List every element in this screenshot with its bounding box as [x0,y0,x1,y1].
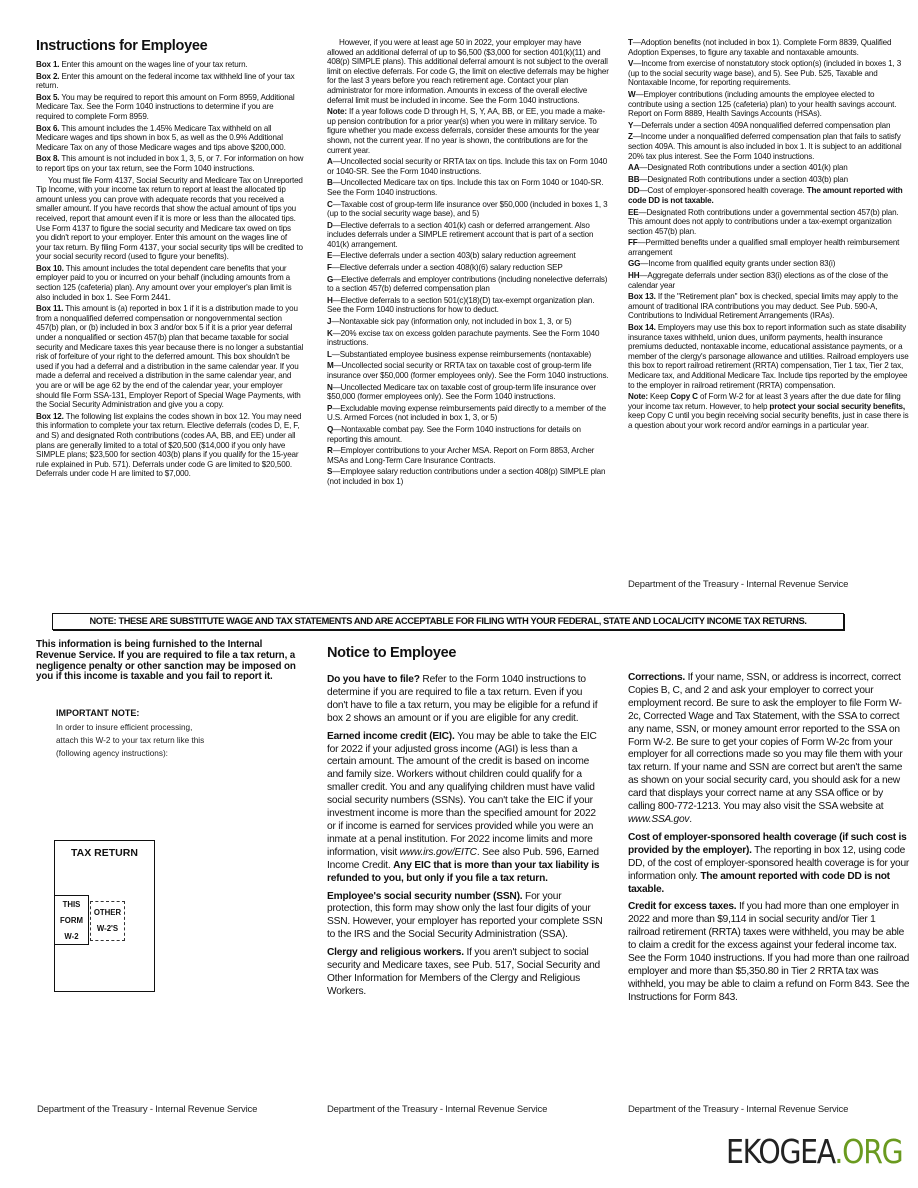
notice-clergy-paragraph: Clergy and religious workers. If you are… [327,947,605,999]
instruction-label: GG [628,259,640,268]
instruction-label: DD [628,186,639,195]
instruction-item: Q—Nontaxable combat pay. See the Form 10… [327,425,609,444]
instruction-item: N—Uncollected Medicare tax on taxable co… [327,383,609,402]
important-note-title: IMPORTANT NOTE: [56,708,276,718]
instruction-text: —Uncollected Medicare tax on taxable cos… [327,383,596,402]
instruction-item: Box 8. This amount is not included in bo… [36,154,304,173]
instruction-item: GG—Income from qualified equity grants u… [628,259,910,269]
instruction-item: V—Income from exercise of nonstatutory s… [628,59,910,88]
instructions-column-2: However, if you were at least age 50 in … [327,38,609,489]
instruction-item: Box 6. This amount includes the 1.45% Me… [36,124,304,153]
notice-continued: Corrections. If your name, SSN, or addre… [628,672,910,1010]
instruction-text: —Uncollected Medicare tax on tips. Inclu… [327,178,603,197]
instruction-text: Enter this amount on the federal income … [36,72,295,91]
instruction-text: If a year follows code D through H, S, Y… [327,107,605,154]
instruction-item: J—Nontaxable sick pay (information only,… [327,317,609,327]
instruction-item: B—Uncollected Medicare tax on tips. Incl… [327,178,609,197]
instruction-text: —Employer contributions (including amoun… [628,90,896,118]
instruction-label: Box 14. [628,323,656,332]
instruction-text: Enter this amount on the wages line of y… [59,60,247,69]
instructions-col1-list: Box 1. Enter this amount on the wages li… [36,60,304,479]
irs-warning: This information is being furnished to t… [36,640,301,683]
notice-eic-paragraph: Earned income credit (EIC). You may be a… [327,731,605,886]
instruction-label: HH [628,271,639,280]
eitc-link[interactable]: www.irs.gov/EITC [400,847,477,858]
instruction-text: —Elective deferrals to a section 501(c)(… [327,296,594,315]
instruction-text: —Uncollected social security or RRTA tax… [327,361,608,380]
instruction-text: The following list explains the codes sh… [36,412,301,479]
notice-ssn-paragraph: Employee's social security number (SSN).… [327,891,605,943]
instruction-text: —Elective deferrals under a section 403(… [332,251,575,260]
instruction-label: AA [628,163,639,172]
instruction-item: R—Employer contributions to your Archer … [327,446,609,465]
instruction-item: HH—Aggregate deferrals under section 83(… [628,271,910,290]
instruction-item: Box 5. You may be required to report thi… [36,93,304,122]
instruction-item: BB—Designated Roth contributions under a… [628,175,910,185]
instruction-text: —Designated Roth contributions under a g… [628,208,899,236]
substitute-statement-note: NOTE: THESE ARE SUBSTITUTE WAGE AND TAX … [52,613,844,630]
instruction-label: M [327,361,334,370]
instruction-text: Employers may use this box to report inf… [628,323,909,390]
instruction-text: —20% excise tax on excess golden parachu… [327,329,599,348]
instruction-text: —Nontaxable combat pay. See the Form 104… [327,425,581,444]
instruction-item: C—Taxable cost of group-term life insura… [327,200,609,219]
tax-return-diagram: TAX RETURN THIS FORM W-2 OTHER W-2'S [54,840,155,992]
instruction-label: BB [628,175,639,184]
department-label-right: Department of the Treasury - Internal Re… [628,1104,848,1115]
instruction-label: Box 10. [36,264,64,273]
tax-return-diagram-title: TAX RETURN [55,847,154,859]
copy-c-note: Note: Keep Copy C of Form W-2 for at lea… [628,392,910,430]
instruction-item: K—20% excise tax on excess golden parach… [327,329,609,348]
instruction-text: You may be required to report this amoun… [36,93,295,121]
instruction-item: T—Adoption benefits (not included in box… [628,38,910,57]
instruction-text: —Adoption benefits (not included in box … [628,38,891,57]
instruction-label: Box 13. [628,292,656,301]
notice-title: Notice to Employee [327,645,605,661]
instruction-text: You must file Form 4137, Social Security… [36,176,303,262]
instruction-item: You must file Form 4137, Social Security… [36,176,304,262]
instruction-item: A—Uncollected social security or RRTA ta… [327,157,609,176]
instruction-text: —Elective deferrals under a section 408(… [332,263,563,272]
instruction-text: This amount includes the 1.45% Medicare … [36,124,286,152]
instruction-text: —Elective deferrals and employer contrib… [327,275,607,294]
instruction-item: AA—Designated Roth contributions under a… [628,163,910,173]
important-note: IMPORTANT NOTE: In order to insure effic… [56,708,276,760]
instruction-label: Box 2. [36,72,59,81]
instruction-text: —Employer contributions to your Archer M… [327,446,594,465]
important-note-line: In order to insure efficient processing, [56,721,276,734]
instruction-text: However, if you were at least age 50 in … [327,38,609,105]
instruction-text: —Deferrals under a section 409A nonquali… [633,121,890,130]
notice-credit-paragraph: Credit for excess taxes. If you had more… [628,901,910,1004]
instructions-column-3: T—Adoption benefits (not included in box… [628,38,910,433]
instruction-label: Note: [327,107,347,116]
instruction-item: Note: If a year follows code D through H… [327,107,609,155]
instruction-text: —Designated Roth contributions under a s… [639,175,848,184]
instruction-text: —Elective deferrals to a section 401(k) … [327,221,593,249]
instruction-label: Box 12. [36,412,64,421]
instruction-text: —Substantiated employee business expense… [332,350,591,359]
instruction-item: E—Elective deferrals under a section 403… [327,251,609,261]
department-label-top: Department of the Treasury - Internal Re… [628,579,848,590]
instruction-item: Box 2. Enter this amount on the federal … [36,72,304,91]
instruction-text: —Uncollected social security or RRTA tax… [327,157,607,176]
notice-file-paragraph: Do you have to file? Refer to the Form 1… [327,674,605,726]
notice-to-employee: Notice to Employee Do you have to file? … [327,645,605,1004]
instruction-item: S—Employee salary reduction contribution… [327,467,609,486]
instruction-item: F—Elective deferrals under a section 408… [327,263,609,273]
instructions-column-1: Instructions for Employee Box 1. Enter t… [36,38,304,481]
important-note-line: (following agency instructions): [56,747,276,760]
instruction-item: Box 12. The following list explains the … [36,412,304,479]
instruction-text: —Income from exercise of nonstatutory st… [628,59,901,87]
instruction-text: If the "Retirement plan" box is checked,… [628,292,898,320]
instruction-label: Box 6. [36,124,59,133]
department-label-middle: Department of the Treasury - Internal Re… [327,1104,547,1115]
instruction-text: This amount is (a) reported in box 1 if … [36,304,303,409]
department-label-left: Department of the Treasury - Internal Re… [37,1104,257,1115]
instruction-text: This amount is not included in box 1, 3,… [36,154,303,173]
instruction-label: Box 8. [36,154,59,163]
instruction-item: Box 1. Enter this amount on the wages li… [36,60,304,70]
instructions-col2-list: However, if you were at least age 50 in … [327,38,609,487]
instruction-text: —Taxable cost of group-term life insuran… [327,200,607,219]
instruction-label: Box 5. [36,93,59,102]
instruction-item: H—Elective deferrals to a section 501(c)… [327,296,609,315]
instruction-item: DD—Cost of employer-sponsored health cov… [628,186,910,205]
instruction-text: —Cost of employer-sponsored health cover… [639,186,806,195]
instruction-label: Box 11. [36,304,63,313]
instruction-item: However, if you were at least age 50 in … [327,38,609,105]
instruction-text: —Permitted benefits under a qualified sm… [628,238,899,257]
instruction-item: FF—Permitted benefits under a qualified … [628,238,910,257]
notice-health-paragraph: Cost of employer-sponsored health covera… [628,832,910,897]
instruction-label: EE [628,208,639,217]
instruction-item: Box 11. This amount is (a) reported in b… [36,304,304,410]
instruction-text: This amount includes the total dependent… [36,264,292,302]
important-note-line: attach this W-2 to your tax return like … [56,734,276,747]
notice-corrections-paragraph: Corrections. If your name, SSN, or addre… [628,672,910,827]
instruction-item: W—Employer contributions (including amou… [628,90,910,119]
instruction-label: W [628,90,636,99]
instruction-text: —Income under a nonqualified deferred co… [628,132,902,160]
instruction-text: —Nontaxable sick pay (information only, … [331,317,571,326]
instruction-item: Box 10. This amount includes the total d… [36,264,304,302]
instruction-item: L—Substantiated employee business expens… [327,350,609,360]
instruction-item: P—Excludable moving expense reimbursemen… [327,404,609,423]
instruction-item: Box 14. Employers may use this box to re… [628,323,910,390]
instruction-item: Y—Deferrals under a section 409A nonqual… [628,121,910,131]
instruction-text: —Employee salary reduction contributions… [327,467,605,486]
instruction-text: —Income from qualified equity grants und… [640,259,835,268]
this-form-w2-box: THIS FORM W-2 [55,895,89,945]
instruction-item: Z—Income under a nonqualified deferred c… [628,132,910,161]
instruction-item: EE—Designated Roth contributions under a… [628,208,910,237]
instruction-label: FF [628,238,638,247]
instruction-item: D—Elective deferrals to a section 401(k)… [327,221,609,250]
watermark-logo: EKOGEA.ORG [726,1132,902,1171]
other-w2s-box: OTHER W-2'S [90,901,125,941]
instruction-text: —Excludable moving expense reimbursement… [327,404,606,423]
instruction-label: Box 1. [36,60,59,69]
instruction-text: —Designated Roth contributions under a s… [639,163,847,172]
instruction-item: G—Elective deferrals and employer contri… [327,275,609,294]
instructions-title: Instructions for Employee [36,38,304,54]
instruction-item: M—Uncollected social security or RRTA ta… [327,361,609,380]
instruction-item: Box 13. If the "Retirement plan" box is … [628,292,910,321]
instructions-col3-list: T—Adoption benefits (not included in box… [628,38,910,390]
ssa-link[interactable]: www.SSA.gov [628,814,689,825]
instruction-text: —Aggregate deferrals under section 83(i)… [628,271,888,290]
